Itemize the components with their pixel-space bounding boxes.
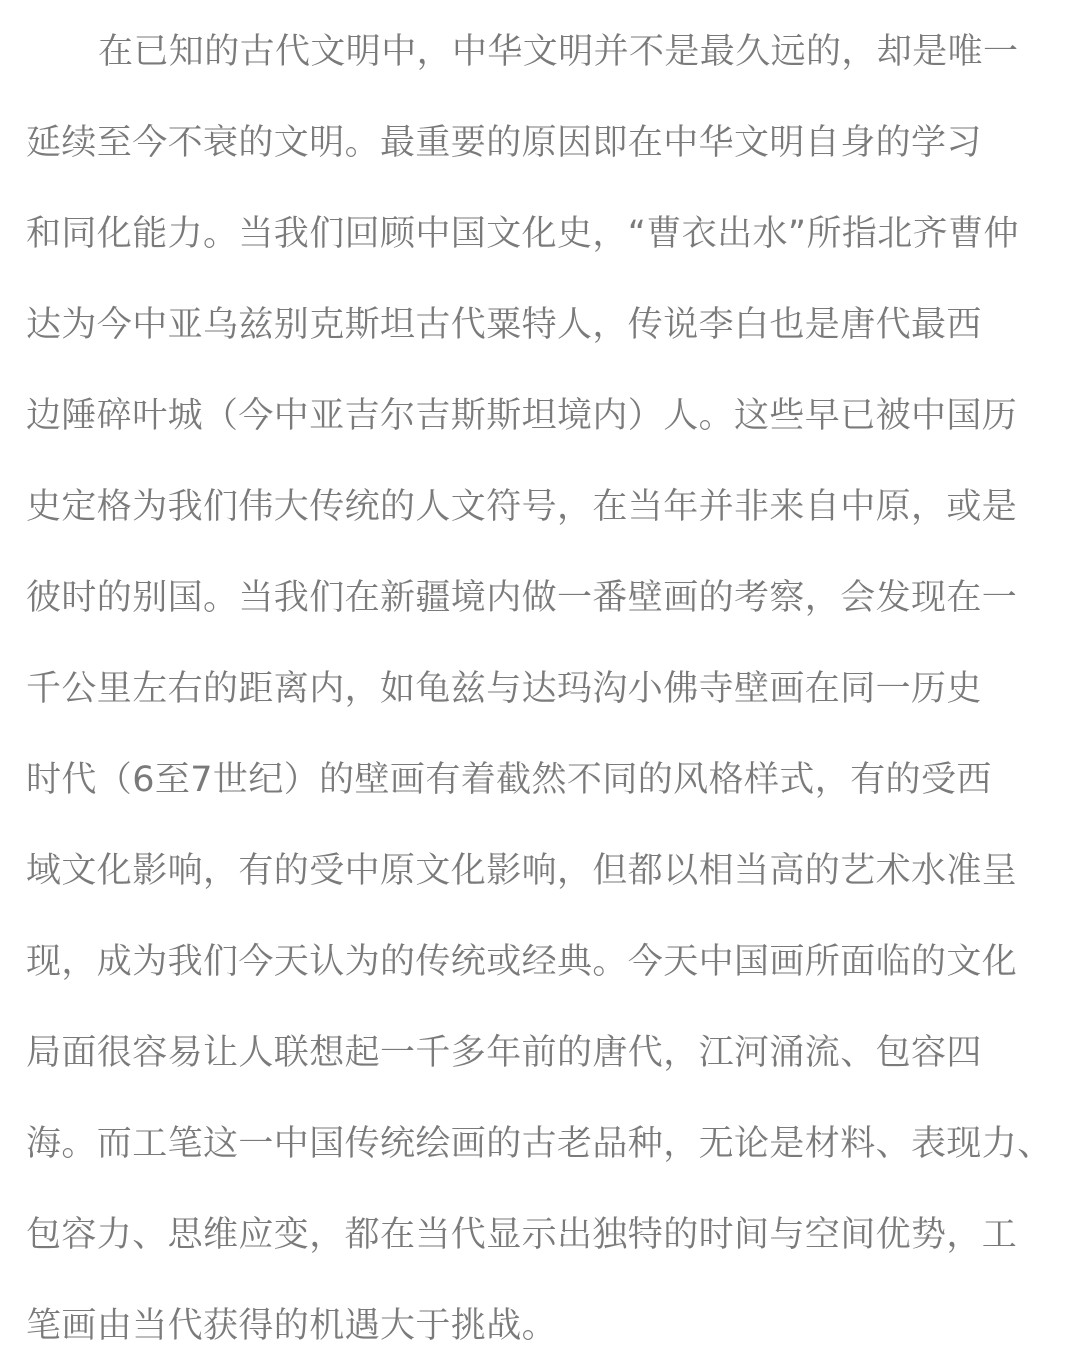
paragraph-line: 彼时的别国。当我们在新疆境内做一番壁画的考察，会发现在一 <box>26 573 1017 623</box>
paragraph-line: 和同化能力。当我们回顾中国文化史，“曹衣出水”所指北齐曹仲 <box>26 209 1019 259</box>
paragraph-line: 边陲碎叶城（今中亚吉尔吉斯斯坦境内）人。这些早已被中国历 <box>26 391 1017 441</box>
paragraph-line: 达为今中亚乌兹别克斯坦古代粟特人，传说李白也是唐代最西 <box>26 300 982 350</box>
paragraph-line: 在已知的古代文明中，中华文明并不是最久远的，却是唯一 <box>98 27 1018 77</box>
paragraph-line: 包容力、思维应变，都在当代显示出独特的时间与空间优势，工 <box>26 1210 1017 1260</box>
paragraph-line: 千公里左右的距离内，如龟兹与达玛沟小佛寺壁画在同一历史 <box>26 664 982 714</box>
paragraph-line: 局面很容易让人联想起一千多年前的唐代，江河涌流、包容四 <box>26 1028 982 1078</box>
paragraph-line: 史定格为我们伟大传统的人文符号，在当年并非来自中原，或是 <box>26 482 1017 532</box>
paragraph-line: 延续至今不衰的文明。最重要的原因即在中华文明自身的学习 <box>26 118 982 168</box>
paragraph-line: 现，成为我们今天认为的传统或经典。今天中国画所面临的文化 <box>26 937 1017 987</box>
paragraph-line: 海。而工笔这一中国传统绘画的古老品种，无论是材料、表现力、 <box>26 1119 1053 1169</box>
paragraph-line: 时代（6至7世纪）的壁画有着截然不同的风格样式，有的受西 <box>26 755 992 805</box>
paragraph-line: 域文化影响，有的受中原文化影响，但都以相当高的艺术水准呈 <box>26 846 1017 896</box>
paragraph-line: 笔画由当代获得的机遇大于挑战。 <box>26 1301 557 1348</box>
